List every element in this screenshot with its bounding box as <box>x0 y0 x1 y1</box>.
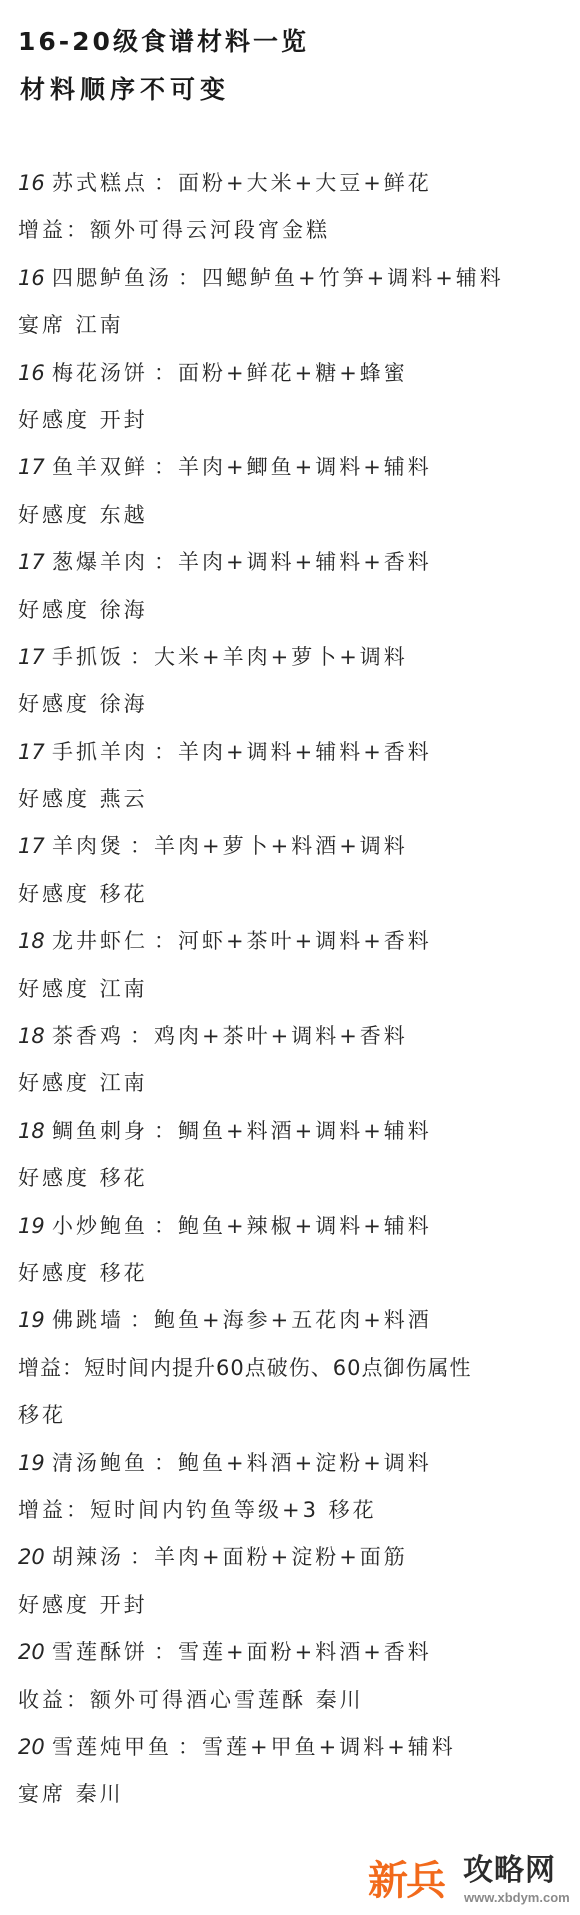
recipe-ingredients: 河虾+茶叶+调料+香料 <box>178 929 432 953</box>
recipe-ingredients: 鲍鱼+料酒+淀粉+调料 <box>178 1451 432 1475</box>
recipe-note: 增益：额外可得云河段宵金糕 <box>18 215 578 262</box>
recipe-name: 鱼羊双鲜 <box>52 455 148 479</box>
recipe-note: 好感度 移花 <box>18 879 578 926</box>
recipe-note: 收益：额外可得酒心雪莲酥 秦川 <box>18 1685 578 1732</box>
recipe-line: 18茶香鸡：鸡肉+茶叶+调料+香料 <box>18 1021 578 1068</box>
recipe-ingredients: 雪莲+甲鱼+调料+辅料 <box>202 1735 456 1759</box>
recipe-list-page: 16-20级食谱材料一览 材料顺序不可变 16苏式糕点：面粉+大米+大豆+鲜花 … <box>0 0 580 1915</box>
recipe-name: 苏式糕点 <box>52 171 148 195</box>
recipe-line: 17葱爆羊肉：羊肉+调料+辅料+香料 <box>18 547 578 594</box>
recipe-note: 增益：短时间内提升60点破伤、60点御伤属性 <box>18 1353 578 1400</box>
recipe-level: 17 <box>18 831 52 861</box>
recipe-name: 雪莲酥饼 <box>52 1640 148 1664</box>
recipe-note: 好感度 徐海 <box>18 595 578 642</box>
recipe-line: 19清汤鲍鱼：鲍鱼+料酒+淀粉+调料 <box>18 1448 578 1495</box>
recipe-ingredients: 羊肉+萝卜+料酒+调料 <box>154 834 408 858</box>
recipe-note: 增益：短时间内钓鱼等级+3 移花 <box>18 1495 578 1542</box>
recipe-ingredients: 雪莲+面粉+料酒+香料 <box>178 1640 432 1664</box>
recipe-level: 17 <box>18 737 52 767</box>
recipe-level: 19 <box>18 1448 52 1478</box>
recipe-ingredients: 羊肉+面粉+淀粉+面筋 <box>154 1545 408 1569</box>
recipe-ingredients: 面粉+大米+大豆+鲜花 <box>178 171 432 195</box>
recipe-line: 20胡辣汤：羊肉+面粉+淀粉+面筋 <box>18 1542 578 1589</box>
recipe-line: 17羊肉煲：羊肉+萝卜+料酒+调料 <box>18 831 578 878</box>
recipe-name: 胡辣汤 <box>52 1545 124 1569</box>
recipe-name: 手抓饭 <box>52 645 124 669</box>
recipe-level: 17 <box>18 642 52 672</box>
recipe-note: 好感度 开封 <box>18 405 578 452</box>
recipe-line: 20雪莲炖甲鱼：雪莲+甲鱼+调料+辅料 <box>18 1732 578 1779</box>
recipe-ingredients: 大米+羊肉+萝卜+调料 <box>154 645 408 669</box>
recipe-ingredients: 鲷鱼+料酒+调料+辅料 <box>178 1119 432 1143</box>
recipe-level: 20 <box>18 1542 52 1572</box>
recipe-ingredients: 羊肉+调料+辅料+香料 <box>178 550 432 574</box>
recipe-name: 羊肉煲 <box>52 834 124 858</box>
recipe-note: 好感度 移花 <box>18 1258 578 1305</box>
recipe-ingredients: 鲍鱼+海参+五花肉+料酒 <box>154 1308 432 1332</box>
recipe-ingredients: 面粉+鲜花+糖+蜂蜜 <box>178 361 408 385</box>
recipe-level: 17 <box>18 452 52 482</box>
recipe-line: 16梅花汤饼：面粉+鲜花+糖+蜂蜜 <box>18 358 578 405</box>
recipe-note: 好感度 燕云 <box>18 784 578 831</box>
recipe-name: 梅花汤饼 <box>52 361 148 385</box>
recipe-note: 好感度 江南 <box>18 1068 578 1115</box>
recipe-note: 好感度 江南 <box>18 974 578 1021</box>
recipe-note: 好感度 开封 <box>18 1590 578 1637</box>
recipe-ingredients: 鸡肉+茶叶+调料+香料 <box>154 1024 408 1048</box>
recipe-name: 龙井虾仁 <box>52 929 148 953</box>
page-subtitle: 材料顺序不可变 <box>20 70 230 106</box>
recipe-level: 16 <box>18 168 52 198</box>
recipe-ingredients: 鲍鱼+辣椒+调料+辅料 <box>178 1214 432 1238</box>
watermark-brand-orange: 新兵 <box>368 1852 444 1910</box>
recipe-level: 18 <box>18 1021 52 1051</box>
recipe-note: 好感度 徐海 <box>18 689 578 736</box>
recipe-line: 19小炒鲍鱼：鲍鱼+辣椒+调料+辅料 <box>18 1211 578 1258</box>
page-title: 16-20级食谱材料一览 <box>18 22 309 58</box>
recipe-level: 17 <box>18 547 52 577</box>
recipe-name: 鲷鱼刺身 <box>52 1119 148 1143</box>
recipe-name: 雪莲炖甲鱼 <box>52 1735 172 1759</box>
watermark-url: www.xbdym.com <box>464 1890 570 1905</box>
recipe-name: 清汤鲍鱼 <box>52 1451 148 1475</box>
recipe-level: 18 <box>18 926 52 956</box>
recipe-level: 19 <box>18 1305 52 1335</box>
recipe-note: 好感度 移花 <box>18 1163 578 1210</box>
recipe-note: 宴席 秦川 <box>18 1779 578 1826</box>
recipe-line: 17手抓羊肉：羊肉+调料+辅料+香料 <box>18 737 578 784</box>
recipe-note: 好感度 东越 <box>18 500 578 547</box>
watermark-brand-dark: 攻略网 <box>463 1854 556 1888</box>
recipe-line: 19佛跳墙：鲍鱼+海参+五花肉+料酒 <box>18 1305 578 1352</box>
recipe-ingredients: 四鳃鲈鱼+竹笋+调料+辅料 <box>202 266 504 290</box>
recipe-line: 20雪莲酥饼：雪莲+面粉+料酒+香料 <box>18 1637 578 1684</box>
recipe-line: 18鲷鱼刺身：鲷鱼+料酒+调料+辅料 <box>18 1116 578 1163</box>
recipe-note: 移花 <box>18 1400 578 1447</box>
recipe-level: 18 <box>18 1116 52 1146</box>
site-watermark: 新兵 攻略网 www.xbdym.com <box>368 1852 578 1912</box>
recipe-name: 葱爆羊肉 <box>52 550 148 574</box>
recipe-line: 17鱼羊双鲜：羊肉+鲫鱼+调料+辅料 <box>18 452 578 499</box>
recipe-name: 四腮鲈鱼汤 <box>52 266 172 290</box>
recipe-level: 16 <box>18 263 52 293</box>
recipe-line: 16苏式糕点：面粉+大米+大豆+鲜花 <box>18 168 578 215</box>
recipe-ingredients: 羊肉+鲫鱼+调料+辅料 <box>178 455 432 479</box>
recipe-level: 20 <box>18 1732 52 1762</box>
recipe-level: 19 <box>18 1211 52 1241</box>
recipe-level: 20 <box>18 1637 52 1667</box>
recipe-name: 手抓羊肉 <box>52 740 148 764</box>
recipe-name: 佛跳墙 <box>52 1308 124 1332</box>
recipe-name: 茶香鸡 <box>52 1024 124 1048</box>
recipe-list: 16苏式糕点：面粉+大米+大豆+鲜花 增益：额外可得云河段宵金糕 16四腮鲈鱼汤… <box>18 168 578 1827</box>
recipe-line: 17手抓饭：大米+羊肉+萝卜+调料 <box>18 642 578 689</box>
recipe-name: 小炒鲍鱼 <box>52 1214 148 1238</box>
recipe-ingredients: 羊肉+调料+辅料+香料 <box>178 740 432 764</box>
recipe-line: 16四腮鲈鱼汤：四鳃鲈鱼+竹笋+调料+辅料 <box>18 263 578 310</box>
recipe-note: 宴席 江南 <box>18 310 578 357</box>
recipe-level: 16 <box>18 358 52 388</box>
recipe-line: 18龙井虾仁：河虾+茶叶+调料+香料 <box>18 926 578 973</box>
